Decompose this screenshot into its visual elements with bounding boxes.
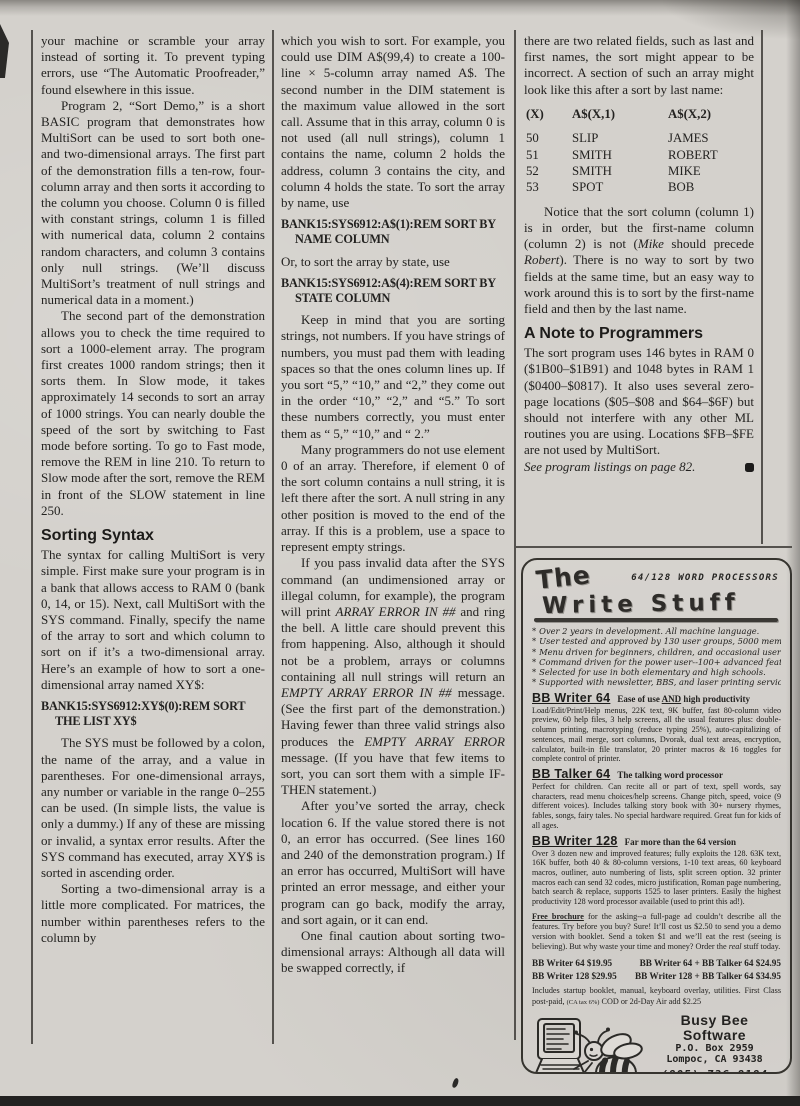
table-row: 50 SLIP JAMES <box>526 130 754 146</box>
product-name: BB Writer 128 <box>532 834 618 848</box>
scan-artifact-corner <box>0 24 9 78</box>
section-heading-note-to-programmers: A Note to Programmers <box>524 325 754 342</box>
product-name: BB Talker 64 <box>532 767 610 781</box>
bullet-text: Menu driven for beginners, children, and… <box>539 647 781 657</box>
ad-product-header: BB Writer 64 Ease of use AND high produc… <box>532 691 781 705</box>
price-row: BB Writer 64 $19.95 BB Writer 64 + BB Ta… <box>532 957 781 970</box>
asterisk-bullet-icon: * <box>532 677 536 687</box>
code-line: NAME COLUMN <box>281 232 505 247</box>
includes-note: Includes startup booklet, manual, keyboa… <box>532 986 781 1008</box>
table-cell: SMITH <box>572 147 668 163</box>
ad-logo-row: The 64/128 WORD PROCESSORS <box>532 566 781 592</box>
table-cell: 51 <box>526 147 572 163</box>
product-description: Over 3 dozen new and improved features; … <box>532 849 781 907</box>
emphasized-name: Mike <box>638 236 664 251</box>
text-run: COD or 2d-Day Air add $2.25 <box>599 997 701 1006</box>
code-line: BANK15:SYS6912:A$(4):REM SORT BY <box>281 276 496 290</box>
column-rule-right <box>761 30 763 544</box>
paragraph: Program 2, “Sort Demo,” is a short BASIC… <box>41 98 265 309</box>
text-run: stuff today. <box>742 942 781 951</box>
text-run: Ease of use <box>617 694 661 704</box>
ad-product-header: BB Writer 128 Far more than the 64 versi… <box>532 834 781 848</box>
paragraph: which you wish to sort. For example, you… <box>281 33 505 211</box>
text-run: message. (If you have that few items to … <box>281 750 505 797</box>
paragraph: The sort program uses 146 bytes in RAM 0… <box>524 345 754 458</box>
table-cell: SPOT <box>572 179 668 195</box>
code-line: BANK15:SYS6912:XY$(0):REM SORT <box>41 699 245 713</box>
tax-note: (CA tax 6%) <box>567 999 600 1006</box>
section-heading-sorting-syntax: Sorting Syntax <box>41 527 265 544</box>
ad-bullet: *Command driven for the power user--100+… <box>532 657 781 667</box>
price-item: BB Writer 64 $19.95 <box>532 957 612 970</box>
company-name: Busy Bee Software <box>648 1013 781 1043</box>
program-listings-note: See program listings on page 82. <box>524 459 754 475</box>
free-brochure-paragraph: Free brochure for the asking--a full-pag… <box>532 912 781 952</box>
asterisk-bullet-icon: * <box>532 626 536 636</box>
paragraph: Many programmers do not use element 0 of… <box>281 442 505 555</box>
sort-example-table: (X) A$(X,1) A$(X,2) 50 SLIP JAMES 51 SMI… <box>526 106 754 196</box>
text-run: Includes startup booklet, manual, keyboa… <box>532 986 741 995</box>
table-cell: BOB <box>668 179 754 195</box>
text-run: real <box>729 942 742 951</box>
text-run: Far more than the 64 version <box>625 837 736 847</box>
table-cell: JAMES <box>668 130 754 146</box>
product-tagline: The talking word processor <box>617 770 723 780</box>
product-tagline: Ease of use AND high productivity <box>617 694 750 704</box>
paragraph: Sorting a two-dimensional array is a lit… <box>41 881 265 946</box>
paragraph: there are two related fields, such as la… <box>524 33 754 98</box>
article-column-3: there are two related fields, such as la… <box>524 33 754 541</box>
paragraph: After you’ve sorted the array, check loc… <box>281 798 505 928</box>
table-cell: 53 <box>526 179 572 195</box>
table-cell: ROBERT <box>668 147 754 163</box>
paragraph: The syntax for calling MultiSort is very… <box>41 547 265 693</box>
scan-artifact-fleck <box>452 1077 460 1088</box>
price-item: BB Writer 128 $29.95 <box>532 970 617 983</box>
column-rule-mid-1 <box>272 30 274 1044</box>
table-cell: SMITH <box>572 163 668 179</box>
company-address-line: P.O. Box 2959 <box>648 1043 781 1055</box>
error-message-text: EMPTY ARRAY ERROR <box>364 734 505 749</box>
bee-computer-illustration <box>532 1011 648 1074</box>
text-run: The talking word processor <box>617 770 723 780</box>
ad-bullet: *Menu driven for beginners, children, an… <box>532 647 781 657</box>
bullet-text: Selected for use in both elementary and … <box>539 667 766 677</box>
product-description: Load/Edit/Print/Help menus, 22K text, 9K… <box>532 706 781 764</box>
column-rule-mid-2 <box>514 30 516 1040</box>
table-cell: 52 <box>526 163 572 179</box>
write-stuff-advertisement: The 64/128 WORD PROCESSORS Write Stuff *… <box>521 558 792 1074</box>
bullet-text: User tested and approved by 130 user gro… <box>539 636 781 646</box>
ad-bullet: *Over 2 years in development. All machin… <box>532 626 781 636</box>
bullet-text: Over 2 years in development. All machine… <box>539 626 759 636</box>
error-message-text: EMPTY ARRAY ERROR IN ## <box>281 685 452 700</box>
table-cell: 50 <box>526 130 572 146</box>
article-end-rule <box>514 546 792 548</box>
company-contact: Busy Bee Software P.O. Box 2959 Lompoc, … <box>648 1011 781 1074</box>
ad-feature-bullets: *Over 2 years in development. All machin… <box>532 626 781 688</box>
ad-logo-tagline: 64/128 WORD PROCESSORS <box>631 573 779 583</box>
article-column-2: which you wish to sort. For example, you… <box>281 33 505 1047</box>
code-line: BANK15:SYS6912:A$(1):REM SORT BY <box>281 217 496 231</box>
paragraph: One final caution about sorting two-dime… <box>281 928 505 977</box>
product-name: BB Writer 64 <box>532 691 610 705</box>
free-brochure-lead: Free brochure <box>532 912 584 921</box>
error-message-text: ARRAY ERROR IN ## <box>336 604 456 619</box>
asterisk-bullet-icon: * <box>532 657 536 667</box>
text-run: ). There is no way to sort by two fields… <box>524 252 754 316</box>
asterisk-bullet-icon: * <box>532 647 536 657</box>
paragraph: The second part of the demonstration all… <box>41 308 265 519</box>
column-header: A$(X,2) <box>668 106 754 130</box>
text-run: See program listings on page 82. <box>524 459 695 474</box>
column-header: (X) <box>526 106 572 130</box>
code-line: STATE COLUMN <box>281 291 505 306</box>
text-run: AND <box>662 694 682 704</box>
emphasized-name: Robert <box>524 252 559 267</box>
ad-bullet: *Selected for use in both elementary and… <box>532 667 781 677</box>
paragraph: Keep in mind that you are sorting string… <box>281 312 505 442</box>
paragraph: If you pass invalid data after the SYS c… <box>281 555 505 798</box>
paragraph: The SYS must be followed by a colon, the… <box>41 735 265 881</box>
company-phone: (805) 736-8184 <box>648 1068 781 1074</box>
table-cell: MIKE <box>668 163 754 179</box>
company-block: Busy Bee Software P.O. Box 2959 Lompoc, … <box>532 1011 781 1074</box>
column-rule-left <box>31 30 33 1044</box>
ad-logo-the: The <box>535 563 592 593</box>
code-block: BANK15:SYS6912:A$(4):REM SORT BY STATE C… <box>281 276 505 306</box>
end-of-article-marker-icon <box>745 463 754 472</box>
paragraph: Notice that the sort column (column 1) i… <box>524 204 754 317</box>
code-block: BANK15:SYS6912:XY$(0):REM SORT THE LIST … <box>41 699 265 729</box>
table-cell: SLIP <box>572 130 668 146</box>
text-run: should precede <box>664 236 754 251</box>
price-row: BB Writer 128 $29.95 BB Writer 128 + BB … <box>532 970 781 983</box>
paragraph: Or, to sort the array by state, use <box>281 254 505 270</box>
column-header: A$(X,1) <box>572 106 668 130</box>
magazine-page: your machine or scramble your array inst… <box>0 0 800 1106</box>
article-column-1: your machine or scramble your array inst… <box>41 33 265 1047</box>
text-run: high productivity <box>681 694 750 704</box>
paragraph: your machine or scramble your array inst… <box>41 33 265 98</box>
ad-bullet: *Supported with newsletter, BBS, and las… <box>532 677 781 687</box>
code-block: BANK15:SYS6912:A$(1):REM SORT BY NAME CO… <box>281 217 505 247</box>
bullet-text: Command driven for the power user--100+ … <box>539 657 781 667</box>
table-row: 53 SPOT BOB <box>526 179 754 195</box>
asterisk-bullet-icon: * <box>532 636 536 646</box>
price-item: BB Writer 128 + BB Talker 64 $34.95 <box>635 970 781 983</box>
company-address-line: Lompoc, CA 93438 <box>648 1054 781 1066</box>
product-tagline: Far more than the 64 version <box>625 837 736 847</box>
bullet-text: Supported with newsletter, BBS, and lase… <box>539 677 781 687</box>
price-item: BB Writer 64 + BB Talker 64 $24.95 <box>640 957 781 970</box>
ad-product-header: BB Talker 64 The talking word processor <box>532 767 781 781</box>
price-list: BB Writer 64 $19.95 BB Writer 64 + BB Ta… <box>532 957 781 982</box>
asterisk-bullet-icon: * <box>532 667 536 677</box>
product-description: Perfect for children. Can recite all or … <box>532 782 781 831</box>
page-edge-bottom <box>0 1096 800 1106</box>
table-row: 52 SMITH MIKE <box>526 163 754 179</box>
ad-logo-underline-bar <box>534 618 778 622</box>
code-line: THE LIST XY$ <box>41 714 265 729</box>
table-row: 51 SMITH ROBERT <box>526 147 754 163</box>
table-header-row: (X) A$(X,1) A$(X,2) <box>526 106 754 130</box>
ad-logo-write-stuff: Write Stuff <box>542 590 781 618</box>
ad-bullet: *User tested and approved by 130 user gr… <box>532 636 781 646</box>
